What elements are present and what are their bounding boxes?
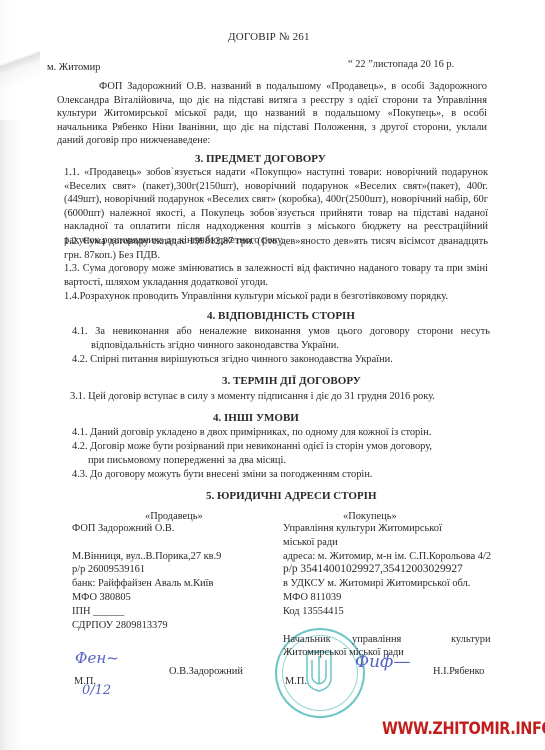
handwritten-date: 0/12 <box>82 684 111 698</box>
buyer-position-3: культури <box>451 633 491 647</box>
buyer-line: міської ради <box>283 536 491 550</box>
document-title: ДОГОВІР № 261 <box>228 31 310 45</box>
buyer-position-2: управління <box>352 633 401 647</box>
buyer-line: адреса: м. Житомир, м-н ім. С.П.Корольов… <box>283 550 491 564</box>
buyer-signature: Фиф— <box>355 656 410 670</box>
buyer-name: Н.І.Рябенко <box>433 665 484 679</box>
seller-details: ФОП Задорожний О.В. М.Вінниця, вул..В.По… <box>72 522 221 632</box>
section-heading-liability: 4. ВІДПОВІДНІСТЬ СТОРІН <box>207 310 355 324</box>
document-city: м. Житомир <box>47 61 100 75</box>
document-date: “ 22 ”листопада 20 16 р. <box>348 58 454 72</box>
seller-line: ФОП Задорожний О.В. <box>72 522 221 536</box>
seller-signature: Фен~ <box>75 652 119 666</box>
section-other-item-2: 4.2. Договір може бути розірваний при не… <box>72 440 432 454</box>
page-curl <box>0 0 40 120</box>
section-liability-item-2: 4.2. Спірні питання вирішуються згідно ч… <box>72 353 393 367</box>
intro-paragraph: ФОП Задорожний О.В. названий в подальшом… <box>57 80 487 148</box>
section-subject-item-2: 1.2. Сума договору складає 199812,87 грн… <box>64 235 488 262</box>
section-liability-item-1-cont: відповідальність згідно чинного законода… <box>91 339 339 353</box>
seller-name: О.В.Задорожний <box>169 665 243 679</box>
section-heading-subject: 3. ПРЕДМЕТ ДОГОВОРУ <box>195 153 326 167</box>
buyer-line: р/р 35414001029927,35412003029927 <box>283 563 491 577</box>
section-heading-other: 4. ІНШІ УМОВИ <box>213 412 299 426</box>
seller-line: СДРПОУ 2809813379 <box>72 619 221 633</box>
section-heading-term: 3. ТЕРМІН ДІЇ ДОГОВОРУ <box>222 375 361 389</box>
section-other-item-1: 4.1. Даний договір укладено в двох примі… <box>72 426 431 440</box>
buyer-line: МФО 811039 <box>283 591 491 605</box>
buyer-line: в УДКСУ м. Житомирі Житомирської обл. <box>283 577 491 591</box>
buyer-line: Код 13554415 <box>283 605 491 619</box>
intro-text: ФОП Задорожний О.В. названий в подальшом… <box>57 80 487 148</box>
section-other-item-3: 4.3. До договору можуть бути внесені змі… <box>72 468 372 482</box>
seller-line: р/р 26009539161 <box>72 563 221 577</box>
seller-line: МФО 380805 <box>72 591 221 605</box>
section-subject-item-3: 1.3. Сума договору може змінюватись в за… <box>64 262 488 289</box>
section-subject-item-4: 1.4.Розрахунок проводить Управління куль… <box>64 290 448 304</box>
seller-line <box>72 536 221 550</box>
seller-line: банк: Райффайзен Аваль м.Київ <box>72 577 221 591</box>
buyer-line: Управління культури Житомирської <box>283 522 491 536</box>
seller-line: ІПН ______ <box>72 605 221 619</box>
buyer-position-1: Начальник <box>283 633 331 647</box>
seller-line: М.Вінниця, вул..В.Порика,27 кв.9 <box>72 550 221 564</box>
section-liability-item-1: 4.1. За невиконання або неналежне викона… <box>72 325 490 339</box>
site-watermark: WWW.ZHITOMIR.INFO <box>382 723 545 737</box>
section-heading-addresses: 5. ЮРИДИЧНІ АДРЕСИ СТОРІН <box>206 490 377 504</box>
seal-right: М.П. <box>285 675 307 689</box>
buyer-details: Управління культури Житомирської міської… <box>283 522 491 619</box>
section-other-item-2-cont: при письмовому попередженні за два місяц… <box>88 454 286 468</box>
section-term-item-1: 3.1. Цей договір вступає в силу з момент… <box>70 390 435 404</box>
